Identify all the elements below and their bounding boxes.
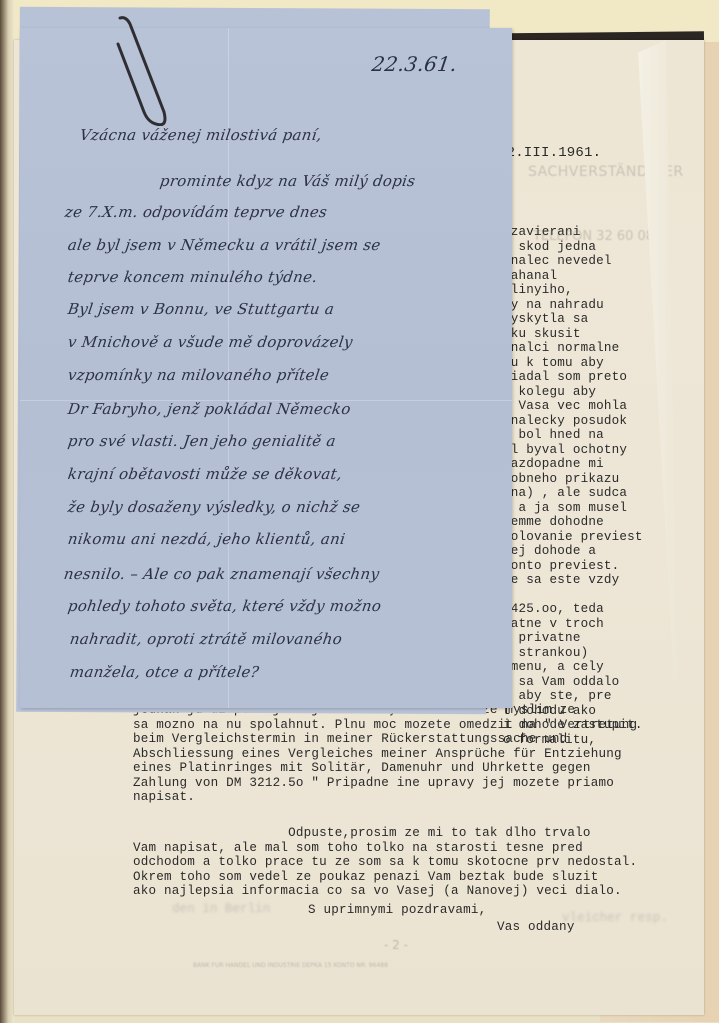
typed-line: Odpuste,prosim ze mi to tak dlho trvalo [133,826,637,841]
handwritten-line: krajní obětavosti může se děkovat, [67,465,344,483]
signature-line: Vas oddany [497,920,575,935]
typed-line: beim Vergleichstermin in meiner Rückerst… [133,732,637,747]
typed-line: 6425.oo, teda [503,602,643,617]
typed-line: u skod jedna [503,240,643,255]
typed-line: konto previest. [503,559,643,574]
typed-right-column: uzavieraniu skod jednaznalec nevedelnaha… [503,225,643,747]
typed-line: eines Platinringes mit Solitär, Damenuhr… [133,761,637,776]
typed-line: sa mozno na nu spolahnut. Plnu moc mozet… [133,718,637,733]
typed-line: Abschliessung eines Vergleiches meiner A… [133,747,637,762]
typed-line [503,588,643,603]
handwritten-line: pro své vlasti. Jen jeho genialitě a [67,432,337,450]
handwritten-line: ze 7.X.m. odpovídám teprve dnes [64,203,329,221]
typed-line: ulinyiho, [503,283,643,298]
typed-line: znalci normalne [503,341,643,356]
typed-line: Zahlung von DM 3212.5o " Pripadne ine up… [133,776,637,791]
bleed-through-text: den in Berlin [172,902,270,916]
footer-bank-line: BANK FÜR HANDEL UND INDUSTRIE DEPKA 15 K… [193,962,388,969]
typed-line: o a ja som musel [503,501,643,516]
typed-line: tobneho prikazu [503,472,643,487]
typed-line: Okrem toho som vedel ze poukaz penazi Va… [133,870,637,885]
greeting: S uprimnymi pozdravami, [308,903,486,918]
handwritten-line: nikomu ani nezdá, jeho klientů, ani [67,530,347,548]
handwritten-line: prominte kdyz na Váš milý dopis [159,172,417,190]
typed-line: v bol hned na [503,428,643,443]
typed-line: latne v troch [503,617,643,632]
typed-body-paragraph: jednak ju uz poznaju a je dobre vycvicen… [133,703,637,805]
handwritten-line: vzpomínky na milovaného přítele [67,366,331,384]
handwritten-line: ale byl jsem v Německu a vrátil jsem se [67,236,382,254]
typed-line: ziadal som preto [503,370,643,385]
typed-line: ako najlepsia informacia co sa vo Vasej … [133,884,637,899]
typed-line: ena) , ale sudca [503,486,643,501]
typed-line: nu k tomu aby [503,356,643,371]
typed-line: e strankou) [503,646,643,661]
handwritten-line: Byl jsem v Bonnu, ve Stuttgartu a [67,300,336,318]
typed-line: o kolegu aby [503,385,643,400]
typed-line: uzavierani [503,225,643,240]
handwritten-line: že byly dosaženy výsledky, o nichž se [67,498,362,516]
note-date: 22.3.61. [370,52,458,76]
typed-closing-paragraph: Odpuste,prosim ze mi to tak dlho trvaloV… [133,826,637,899]
typed-line: dmenu, a cely [503,660,643,675]
typed-line: ol byval ochotny [503,443,643,458]
typed-line: odchodom a tolko prace tu ze som sa k to… [133,855,637,870]
typed-line: vyskytla sa [503,312,643,327]
typed-line: ky na nahradu [503,298,643,313]
typed-line: nahanal [503,269,643,284]
typed-line: kolovanie previest [503,530,643,545]
typed-line: Vam napisat, ale mal som toho tolko na s… [133,841,637,856]
typed-line: znalecky posudok [503,414,643,429]
handwritten-line: nahradit, oproti ztrátě milovaného [69,630,344,648]
page-number: - 2 - [384,938,408,952]
handwritten-line: v Mnichově a všude mě doprovázely [67,333,354,351]
handwritten-line: nesnilo. – Ale co pak znamenají všechny [63,565,381,583]
bleed-through-text-right: vleicher resp. [562,911,668,925]
typed-line: napisat. [133,790,637,805]
handwritten-line: manžela, otce a přítele? [69,663,261,681]
typed-line: a privatne [503,631,643,646]
folder-spine [0,0,14,1023]
typed-line: znalec nevedel [503,254,643,269]
typed-line: y sa Vam oddalo [503,675,643,690]
typed-line: n aby ste, pre [503,689,643,704]
typed-line: tku skusit [503,327,643,342]
handwritten-line: teprve koncem minulého týdne. [67,268,319,286]
handwritten-line: Vzácna váženej milostivá paní, [79,126,323,144]
typed-line: Lemme dohodne [503,515,643,530]
typed-line: tej dohode a [503,544,643,559]
typed-line: kazdopadne mi [503,457,643,472]
handwritten-line: Dr Fabryho, jenž pokládal Německo [67,400,352,418]
typed-line: ze sa este vzdy [503,573,643,588]
handwritten-line: pohledy tohoto světa, které vždy možno [67,597,383,615]
typed-line: a Vasa vec mohla [503,399,643,414]
typed-date: 12.III.1961. [498,146,601,161]
paperclip-icon [112,16,172,126]
